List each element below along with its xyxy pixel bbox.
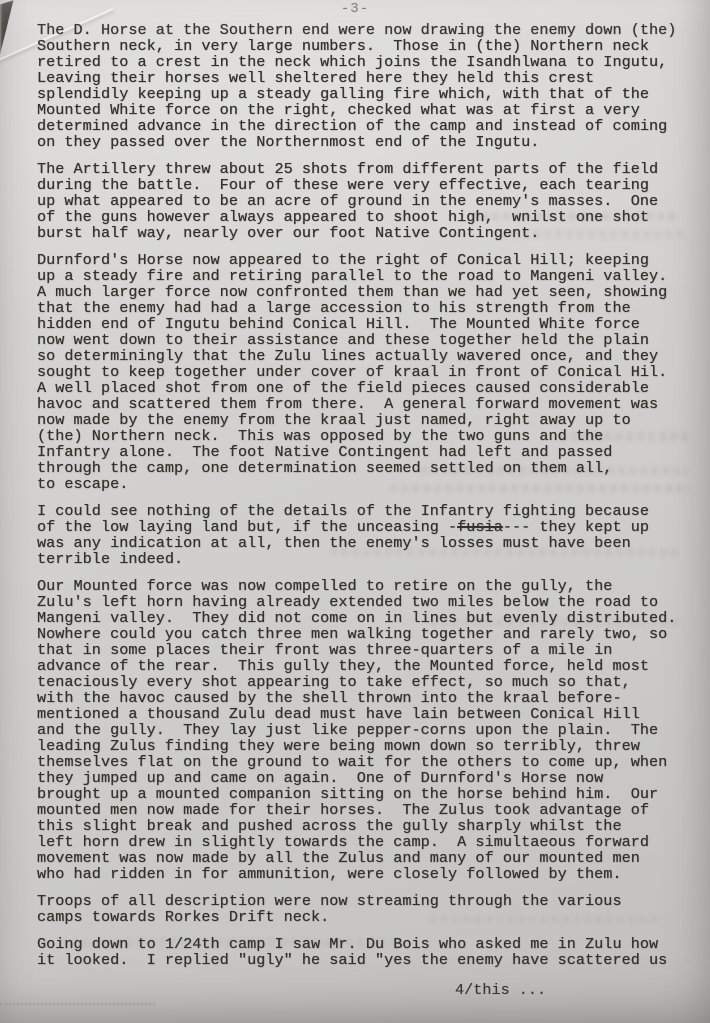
paragraph-1: The D. Horse at the Southern end were no… xyxy=(37,22,690,150)
document-page: -3- The D. Horse at the Southern end wer… xyxy=(0,0,710,1023)
paragraph-4: I could see nothing of the details of th… xyxy=(37,503,690,567)
paragraph-2: The Artillery threw about 25 shots from … xyxy=(37,161,690,241)
dashed-mark xyxy=(0,1003,155,1005)
paragraph-3: Durnford's Horse now appeared to the rig… xyxy=(37,252,690,492)
paragraph-6: Troops of all description were now strea… xyxy=(37,893,690,925)
typed-text: The D. Horse at the Southern end were no… xyxy=(0,0,710,968)
paragraph-7: Going down to 1/24th camp I saw Mr. Du B… xyxy=(37,936,690,968)
continuation-marker: 4/this ... xyxy=(455,981,546,999)
paragraph-5: Our Mounted force was now compelled to r… xyxy=(37,578,690,882)
